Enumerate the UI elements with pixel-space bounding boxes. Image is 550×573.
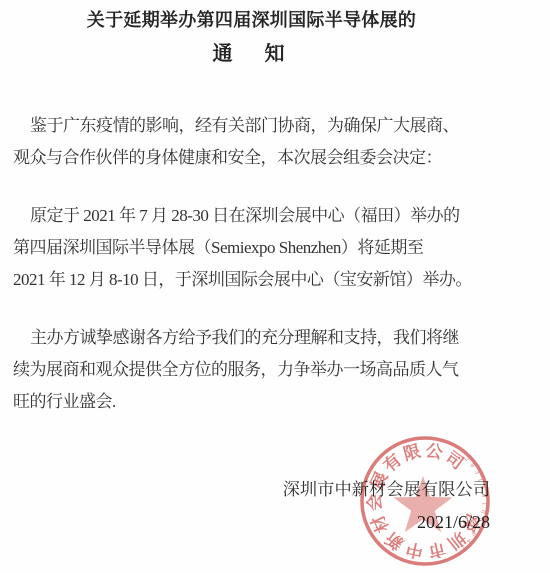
- document-page: 关于延期举办第四届深圳国际半导体展的 通 知 鉴于广东疫情的影响，经有关部门协商…: [0, 0, 550, 573]
- notice-paragraph-1: 鉴于广东疫情的影响，经有关部门协商，为确保广大展商、 观众与合作伙伴的身体健康和…: [13, 110, 490, 174]
- paragraph-line: 2021 年 12 月 8-10 日，于深圳国际会展中心（宝安新馆）举办。: [13, 264, 490, 296]
- notice-title: 关于延期举办第四届深圳国际半导体展的: [13, 6, 490, 34]
- svg-text:4: 4: [465, 537, 473, 545]
- paragraph-line: 第四届深圳国际半导体展（Semiexpo Shenzhen）将延期至: [13, 232, 490, 264]
- paragraph-line: 旺的行业盛会.: [13, 386, 490, 418]
- paragraph-line: 观众与合作伙伴的身体健康和安全，本次展会组委会决定：: [13, 142, 490, 174]
- svg-text:4: 4: [459, 542, 467, 550]
- notice-body: 关于延期举办第四届深圳国际半导体展的 通 知 鉴于广东疫情的影响，经有关部门协商…: [0, 0, 550, 533]
- company-signature: 深圳市中新材会展有限公司: [13, 478, 490, 502]
- notice-subtitle: 通 知: [13, 40, 490, 68]
- paragraph-line: 主办方诚挚感谢各方给予我们的充分理解和支持，我们将继: [13, 322, 490, 354]
- paragraph-line: 原定于 2021 年 7 月 28-30 日在深圳会展中心（福田）举办的: [13, 200, 490, 232]
- svg-text:市: 市: [426, 538, 447, 561]
- notice-paragraph-2: 原定于 2021 年 7 月 28-30 日在深圳会展中心（福田）举办的 第四届…: [13, 200, 490, 296]
- paragraph-line: 续为展商和观众提供全方位的服务，力争举办一场高品质人气: [13, 354, 490, 386]
- svg-text:中: 中: [404, 539, 425, 562]
- paragraph-line: 鉴于广东疫情的影响，经有关部门协商，为确保广大展商、: [13, 110, 490, 142]
- notice-paragraph-3: 主办方诚挚感谢各方给予我们的充分理解和支持，我们将继 续为展商和观众提供全方位的…: [13, 322, 490, 418]
- signature-date: 2021/6/28: [13, 511, 490, 533]
